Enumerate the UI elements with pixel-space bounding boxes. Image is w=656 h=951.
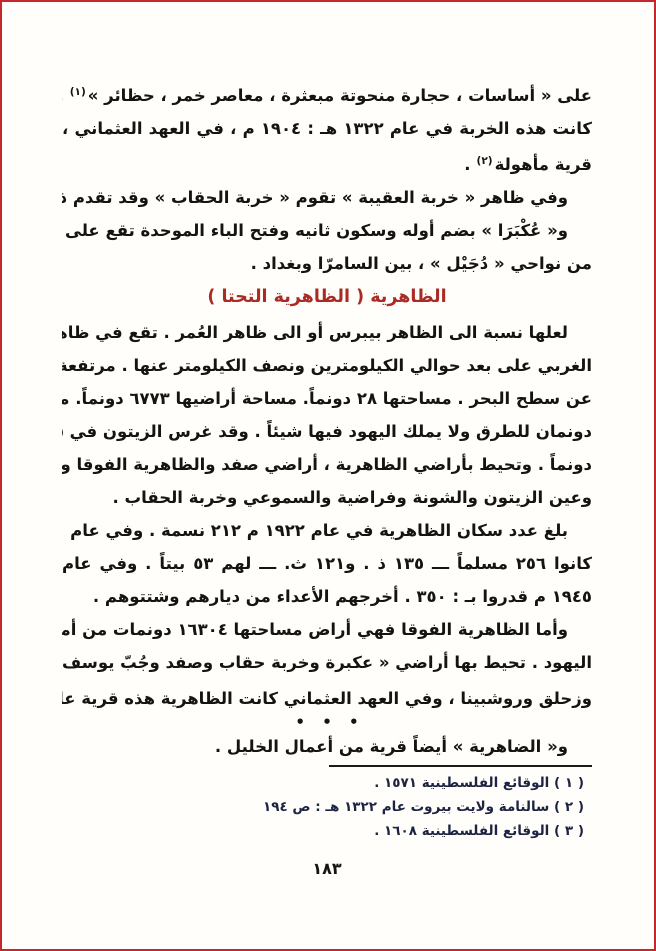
body-line: و« الضاهرية » أيضاً قرية من أعمال الخليل…: [62, 730, 592, 763]
body-line: وعين الزيتون والشونة وفراضية والسموعي وخ…: [62, 481, 592, 514]
footnote-rule: [329, 765, 592, 767]
footnote-line-3: ( ٣ ) الوقائع الفلسطينية ١٦٠٨ .: [62, 819, 584, 843]
footnote-line-2: ( ٢ ) سالنامة ولايت بيروت عام ١٣٢٢ هـ : …: [62, 795, 584, 819]
page-text-block: على « أساسات ، حجارة منحوتة مبعثرة ، معا…: [2, 2, 654, 885]
dots-separator: • • •: [62, 715, 592, 730]
book-page: على « أساسات ، حجارة منحوتة مبعثرة ، معا…: [0, 0, 656, 951]
body-line: قرية مأهولة(٢).: [62, 145, 592, 181]
body-line: لعلها نسبة الى الظاهر بيبرس أو الى ظاهر …: [62, 316, 592, 349]
body-line: من نواحي « دُجَيْل » ، بين السامرّا وبغد…: [62, 247, 592, 280]
body-line: كانوا ٢٥٦ مسلماً ـــ ١٣٥ ذ . و١٢١ ث. ـــ…: [62, 547, 592, 580]
text-run: وزحلق وروشبينا ، وفي العهد العثماني كانت…: [62, 689, 592, 708]
footnote-line-1: ( ١ ) الوقائع الفلسطينية ١٥٧١ .: [62, 771, 584, 795]
body-line: و« عُكْبَرَا » بضم أوله وسكون ثانيه وفتح…: [62, 214, 592, 247]
section-heading: الظاهرية ( الظاهرية التحتا ): [62, 281, 592, 314]
body-line: ١٩٤٥ م قدروا بـ : ٣٥٠ . أخرجهم الأعداء م…: [62, 580, 592, 613]
body-line: وأما الظاهرية الفوقا فهي أراض مساحتها ١٦…: [62, 613, 592, 646]
text-run: على « أساسات ، حجارة منحوتة مبعثرة ، معا…: [88, 86, 592, 105]
body-line: وزحلق وروشبينا ، وفي العهد العثماني كانت…: [62, 679, 592, 715]
footnotes-block: ( ١ ) الوقائع الفلسطينية ١٥٧١ . ( ٢ ) سا…: [62, 771, 592, 843]
body-line: كانت هذه الخربة في عام ١٣٢٢ هـ : ١٩٠٤ م …: [62, 112, 592, 145]
body-line: الغربي على بعد حوالي الكيلومترين ونصف ال…: [62, 349, 592, 382]
body-line: دونماً . وتحيط بأراضي الظاهرية ، أراضي ص…: [62, 448, 592, 481]
body-line: عن سطح البحر . مساحتها ٢٨ دونماً. مساحة …: [62, 382, 592, 415]
body-line: اليهود . تحيط بها أراضي « عكبرة وخربة حق…: [62, 646, 592, 679]
page-number: ١٨٣: [62, 852, 592, 885]
body-line: بلغ عدد سكان الظاهرية في عام ١٩٢٢ م ٢١٢ …: [62, 514, 592, 547]
body-line: وفي ظاهر « خربة العقيبة » تقوم « خربة ال…: [62, 181, 592, 214]
footnote-ref-2: (٢): [477, 155, 493, 167]
text-run: .: [464, 155, 470, 174]
footnote-ref-1: (١): [70, 86, 86, 98]
text-run: قرية مأهولة: [495, 155, 592, 174]
text-run: .: [62, 86, 64, 105]
body-line: على « أساسات ، حجارة منحوتة مبعثرة ، معا…: [62, 76, 592, 112]
body-line: دونمان للطرق ولا يملك اليهود فيها شيئاً …: [62, 415, 592, 448]
